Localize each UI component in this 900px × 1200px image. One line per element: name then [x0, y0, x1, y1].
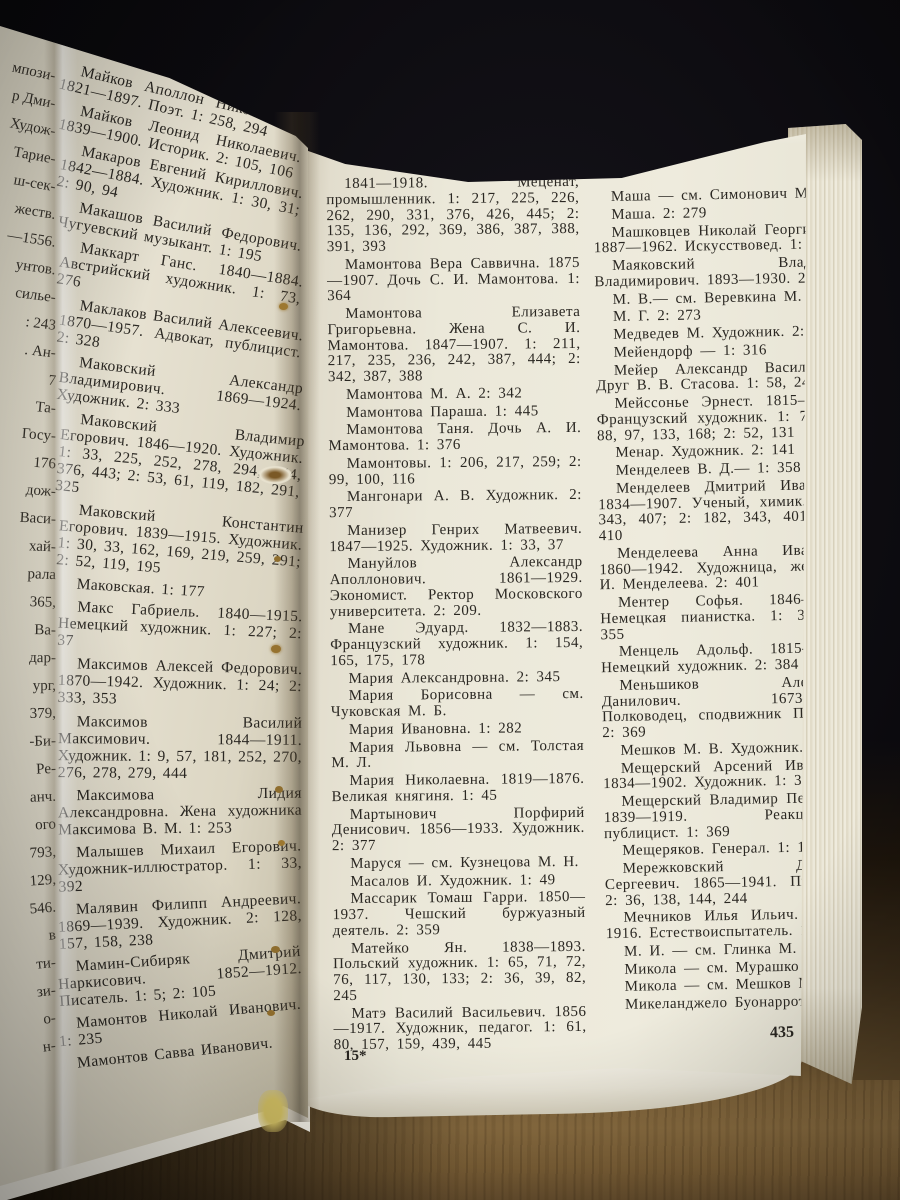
page-number: 435: [770, 1024, 795, 1043]
index-entry: Максимов Алексей Федорович. 1870—1942. Х…: [57, 655, 302, 712]
index-entry: Манизер Генрих Матвеевич. 1847—1925. Худ…: [329, 522, 582, 556]
index-entry-fragment: 129,: [0, 866, 57, 898]
binding-stain: [271, 645, 281, 653]
index-entry-fragment: 365,: [0, 587, 56, 617]
index-entry: Матейко Ян. 1838—1893. Польский художник…: [333, 939, 587, 1004]
index-entry: Матэ Василий Васильевич. 1856—1917. Худо…: [333, 1004, 586, 1053]
index-entry-fragment: Ва-: [0, 615, 56, 644]
binding-stain: [267, 1010, 275, 1016]
index-entry-fragment: дож-: [0, 474, 57, 506]
index-entry-fragment: хай-: [0, 531, 57, 562]
index-entry-fragment: ого: [0, 810, 57, 841]
index-entry-fragment: 379,: [0, 700, 56, 729]
index-entry-fragment: Госу-: [0, 417, 57, 450]
index-entry: Макс Габриель. 1840—1915. Немецкий худож…: [57, 598, 303, 660]
index-entry-fragment: -Би-: [0, 727, 56, 756]
index-entry: Мария Николаевна. 1819—1876. Великая кня…: [331, 772, 584, 806]
index-entry-fragment: 546.: [0, 894, 57, 927]
binding-stain: [278, 840, 285, 846]
index-entry-fragment: 176: [0, 446, 57, 479]
index-entry: Мария Александровна. 2: 345: [330, 669, 583, 687]
index-entry: Максимов Василий Максимович. 1844—1911. …: [58, 713, 302, 783]
left-page-column: Майков Аполлон Николаевич. 1821—1897. По…: [58, 86, 302, 1065]
index-entry-fragment: Васи-: [0, 502, 57, 534]
left-page-cutoff-column: мпози-р Дми-Худож-Тарие-ш-сек-жеств.—155…: [0, 56, 56, 1064]
index-entry: Мангонари А. В. Художник. 2: 377: [329, 488, 582, 522]
index-entry-fragment: 793,: [0, 838, 57, 870]
index-entry-fragment: дар-: [0, 644, 56, 673]
index-entry: Мария Борисовна — см. Чуковская М. Б.: [331, 687, 584, 721]
index-entry: Мамонтовы. 1: 206, 217, 259; 2: 99, 100,…: [329, 455, 582, 489]
index-entry-fragment: анч.: [0, 783, 57, 814]
index-entry-fragment: в: [0, 921, 57, 955]
signature-mark: 15*: [344, 1048, 367, 1065]
index-entry: Мария Ивановна. 1: 282: [331, 721, 584, 739]
index-entry: Мане Эдуард. 1832—1883. Французский худо…: [330, 620, 583, 669]
index-entry: Максимова Лидия Александровна. Жена худо…: [58, 784, 303, 838]
spine-glue-stain: [258, 1090, 288, 1132]
index-entry-fragment: ург,: [0, 672, 56, 700]
index-entry: Мария Львовна — см. Толстая М. Л.: [331, 738, 584, 772]
index-entry: Мануйлов Александр Аполлонович. 1861—192…: [329, 555, 583, 620]
binding-stain: [274, 556, 281, 562]
binding-stain: [279, 303, 288, 310]
index-entry-fragment: рала: [0, 559, 56, 589]
index-entry: Мамонтова М. А. 2: 342: [328, 386, 581, 404]
book-gutter: [274, 112, 320, 1122]
index-entry-fragment: ти-: [0, 949, 57, 983]
index-entry: Мамонтова Таня. Дочь А. И. Мамонтова. 1:…: [328, 421, 581, 455]
index-entry: 1841—1918. Меценат, промышленник. 1: 217…: [326, 175, 580, 256]
index-entry-fragment: зи-: [0, 977, 57, 1012]
right-page-column-1: 1841—1918. Меценат, промышленник. 1: 217…: [326, 175, 587, 1056]
index-entry-fragment: н-: [0, 1032, 58, 1068]
index-entry: Мамонтова Елизавета Григорьевна. Жена С.…: [327, 305, 581, 386]
binding-stain: [258, 466, 292, 484]
binding-stain: [271, 946, 280, 953]
index-entry-fragment: Ре-: [0, 755, 56, 785]
left-page: мпози-р Дми-Худож-Тарие-ш-сек-жеств.—155…: [0, 0, 308, 1200]
right-page: 1841—1918. Меценат, промышленник. 1: 217…: [294, 118, 806, 1114]
binding-stain: [275, 786, 283, 793]
book-photo: 1841—1918. Меценат, промышленник. 1: 217…: [0, 0, 900, 1200]
index-entry: Маруся — см. Кузнецова М. Н.: [332, 855, 585, 873]
index-entry: Мамонтова Параша. 1: 445: [328, 403, 581, 421]
index-entry: Малявин Филипп Андреевич. 1869—1939. Худ…: [57, 890, 303, 953]
index-entry: Мамонтова Вера Саввична. 1875—1907. Дочь…: [327, 256, 580, 305]
index-entry: Масалов И. Художник. 1: 49: [332, 872, 585, 890]
index-entry: Массарик Томаш Гарри. 1850—1937. Чешский…: [332, 890, 585, 939]
index-entry: Мартынович Порфирий Денисович. 1856—1933…: [332, 805, 585, 854]
index-entry: Малышев Михаил Егорович. Художник-иллюст…: [57, 837, 302, 895]
